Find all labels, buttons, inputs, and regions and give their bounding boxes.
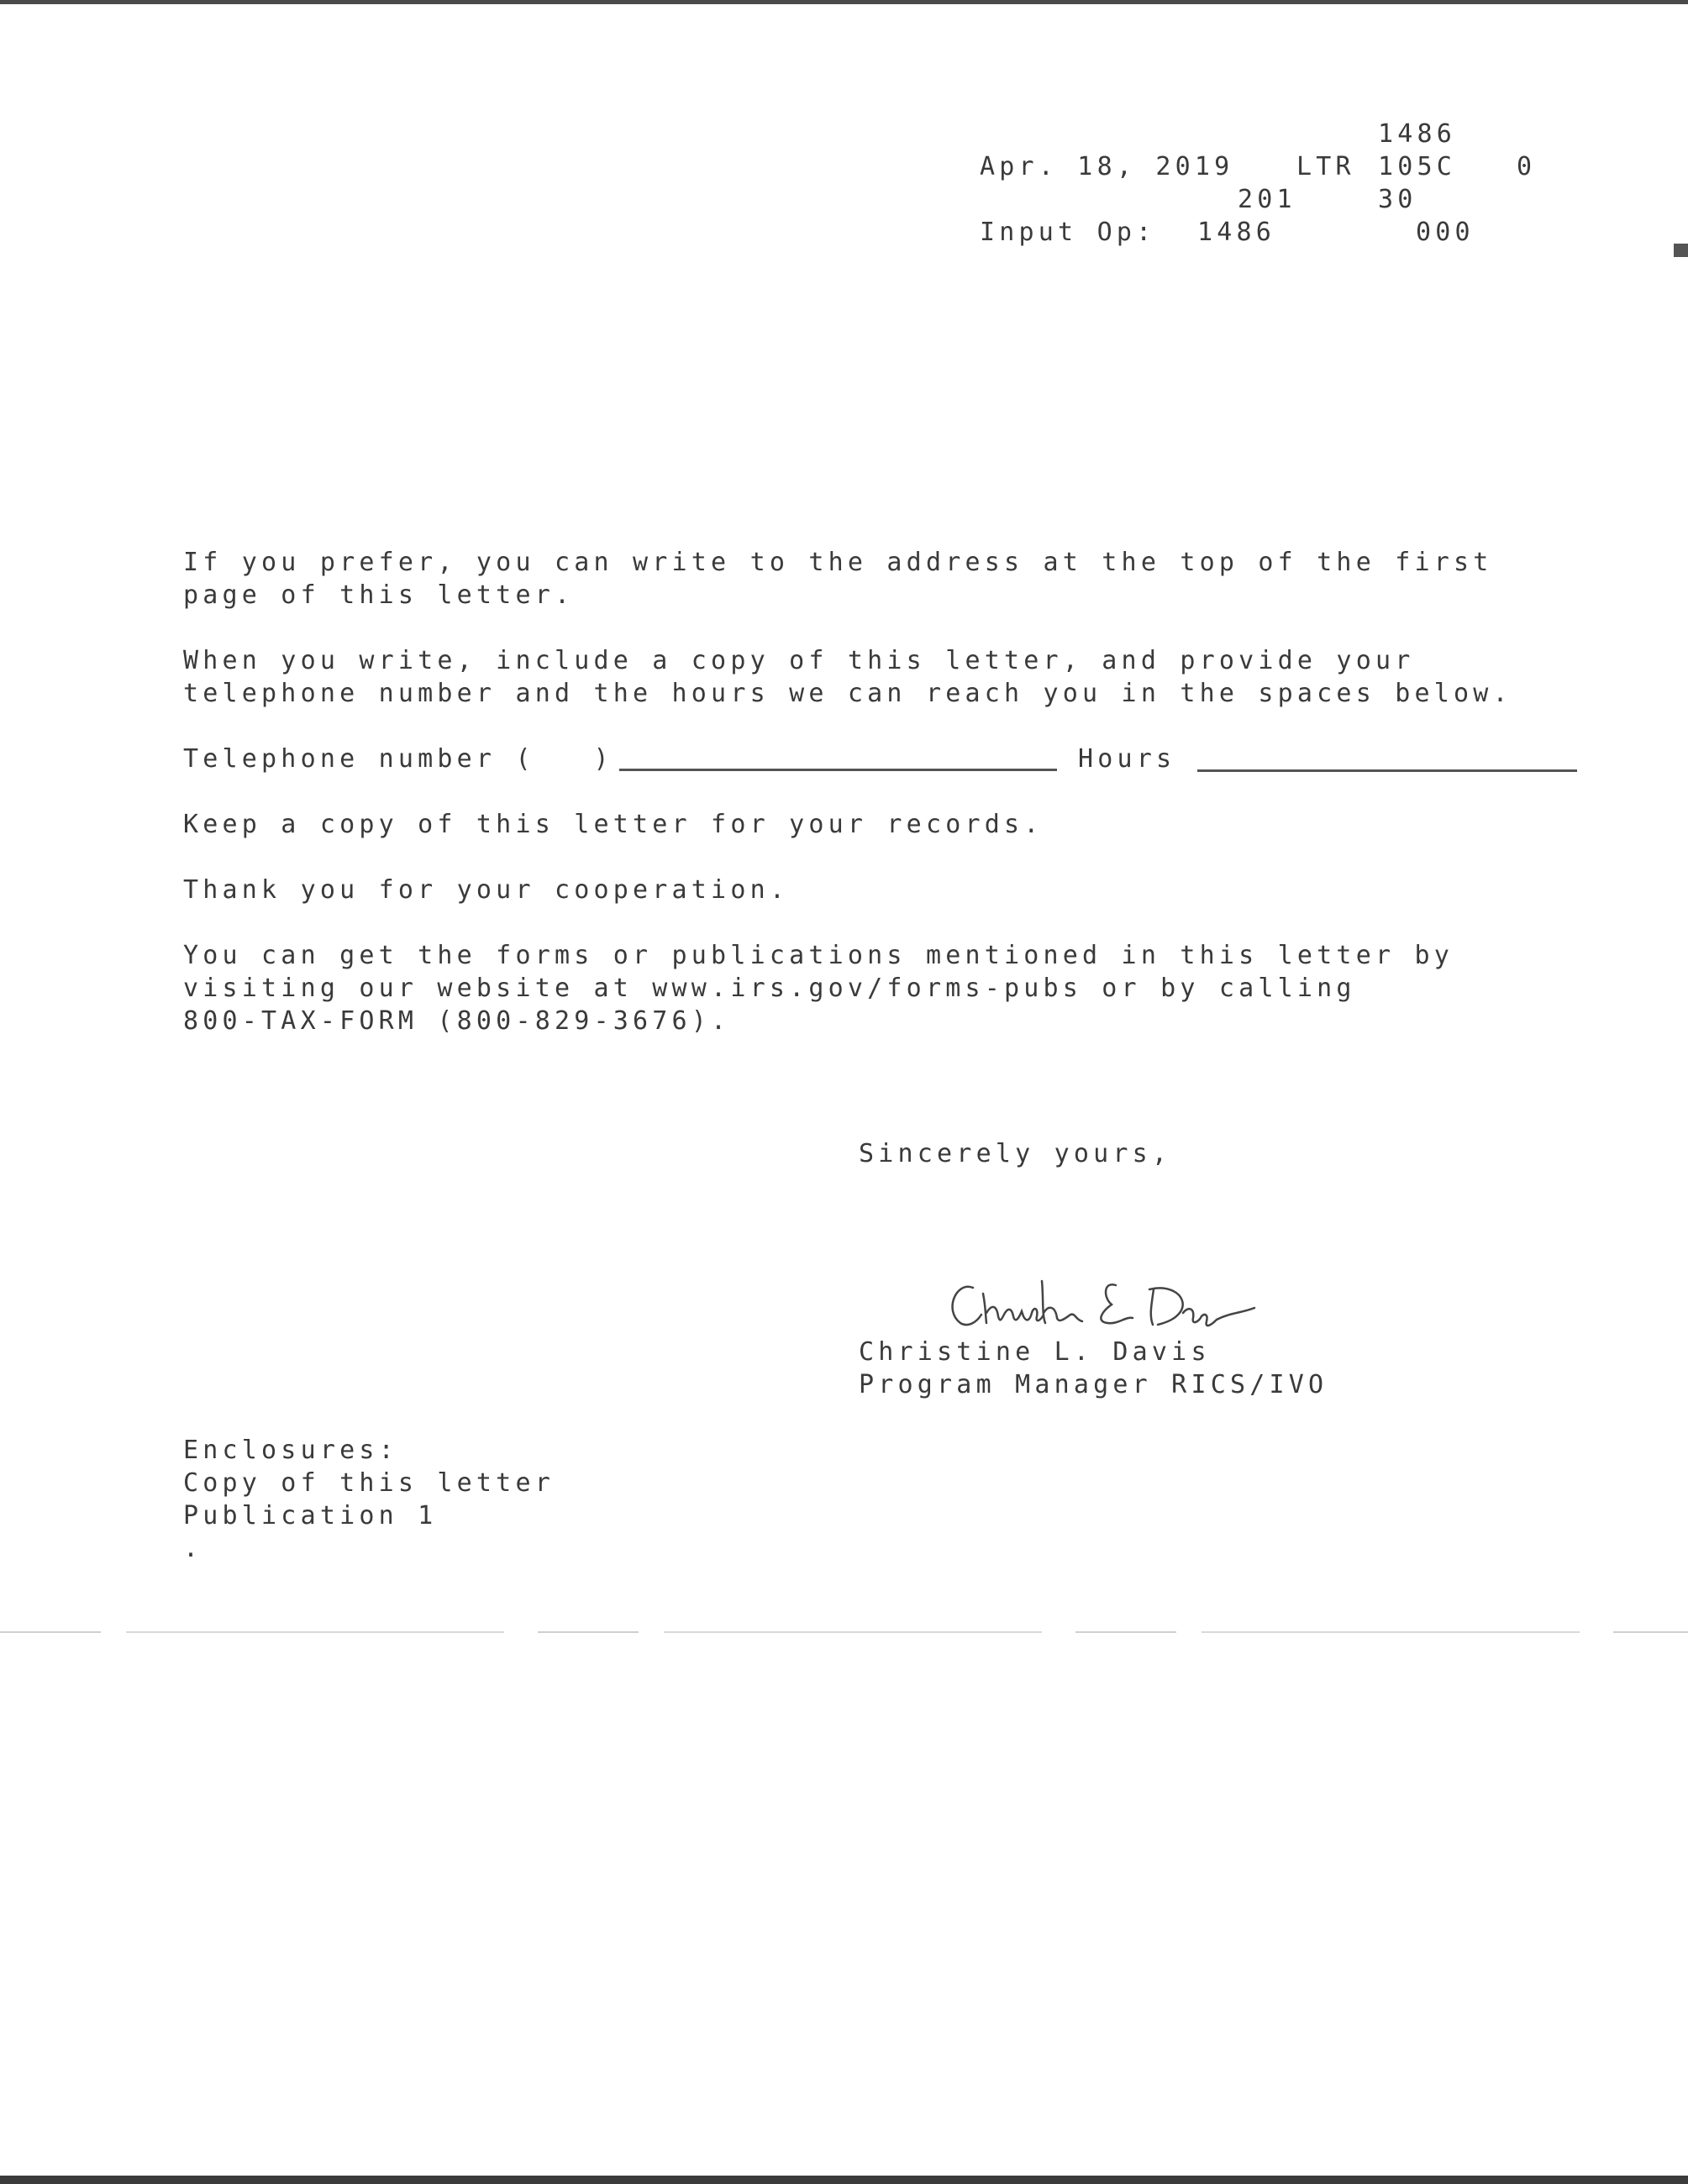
enclosures-label: Enclosures: <box>183 1434 398 1467</box>
paragraph-2-line-2: telephone number and the hours we can re… <box>183 677 1512 710</box>
telephone-number-field[interactable] <box>619 769 1057 771</box>
header-code-a: 201 <box>1238 183 1296 216</box>
paragraph-5-line-3: 800-TAX-FORM (800-829-3676). <box>183 1005 730 1037</box>
input-op-value: 1486 <box>1197 216 1275 249</box>
input-op-label: Input Op: <box>980 216 1155 249</box>
page-bottom-border <box>0 2176 1688 2184</box>
signer-title: Program Manager RICS/IVO <box>859 1368 1328 1401</box>
page-fold-divider <box>0 1631 1688 1633</box>
closing-salutation: Sincerely yours, <box>859 1137 1171 1170</box>
letter-type-label: LTR <box>1296 150 1355 183</box>
enclosure-item: Copy of this letter <box>183 1467 555 1499</box>
scan-edge-mark <box>1674 244 1688 257</box>
paragraph-3: Keep a copy of this letter for your reco… <box>183 808 1044 841</box>
page-top-border <box>0 0 1688 4</box>
signer-name: Christine L. Davis <box>859 1336 1211 1368</box>
enclosure-item: Publication 1 <box>183 1499 437 1532</box>
paragraph-5-line-2: visiting our website at www.irs.gov/form… <box>183 972 1356 1005</box>
enclosure-trailing-mark: . <box>183 1532 202 1565</box>
signature-icon <box>939 1264 1259 1340</box>
header-code-top: 1486 <box>1378 118 1456 150</box>
header-trailing-code: 0 <box>1517 150 1536 183</box>
hours-label: Hours <box>1078 743 1175 775</box>
input-op-suffix: 000 <box>1416 216 1475 249</box>
paragraph-5-line-1: You can get the forms or publications me… <box>183 939 1454 972</box>
paragraph-2-line-1: When you write, include a copy of this l… <box>183 644 1414 677</box>
handwritten-signature <box>939 1264 1259 1340</box>
paragraph-1-line-1: If you prefer, you can write to the addr… <box>183 546 1493 579</box>
paragraph-1-line-2: page of this letter. <box>183 579 574 612</box>
letter-number: 105C <box>1378 150 1456 183</box>
header-code-b: 30 <box>1378 183 1417 216</box>
hours-field[interactable] <box>1197 769 1577 772</box>
letter-date: Apr. 18, 2019 <box>980 150 1233 183</box>
paragraph-4: Thank you for your cooperation. <box>183 874 789 906</box>
telephone-label: Telephone number ( ) <box>183 743 613 775</box>
